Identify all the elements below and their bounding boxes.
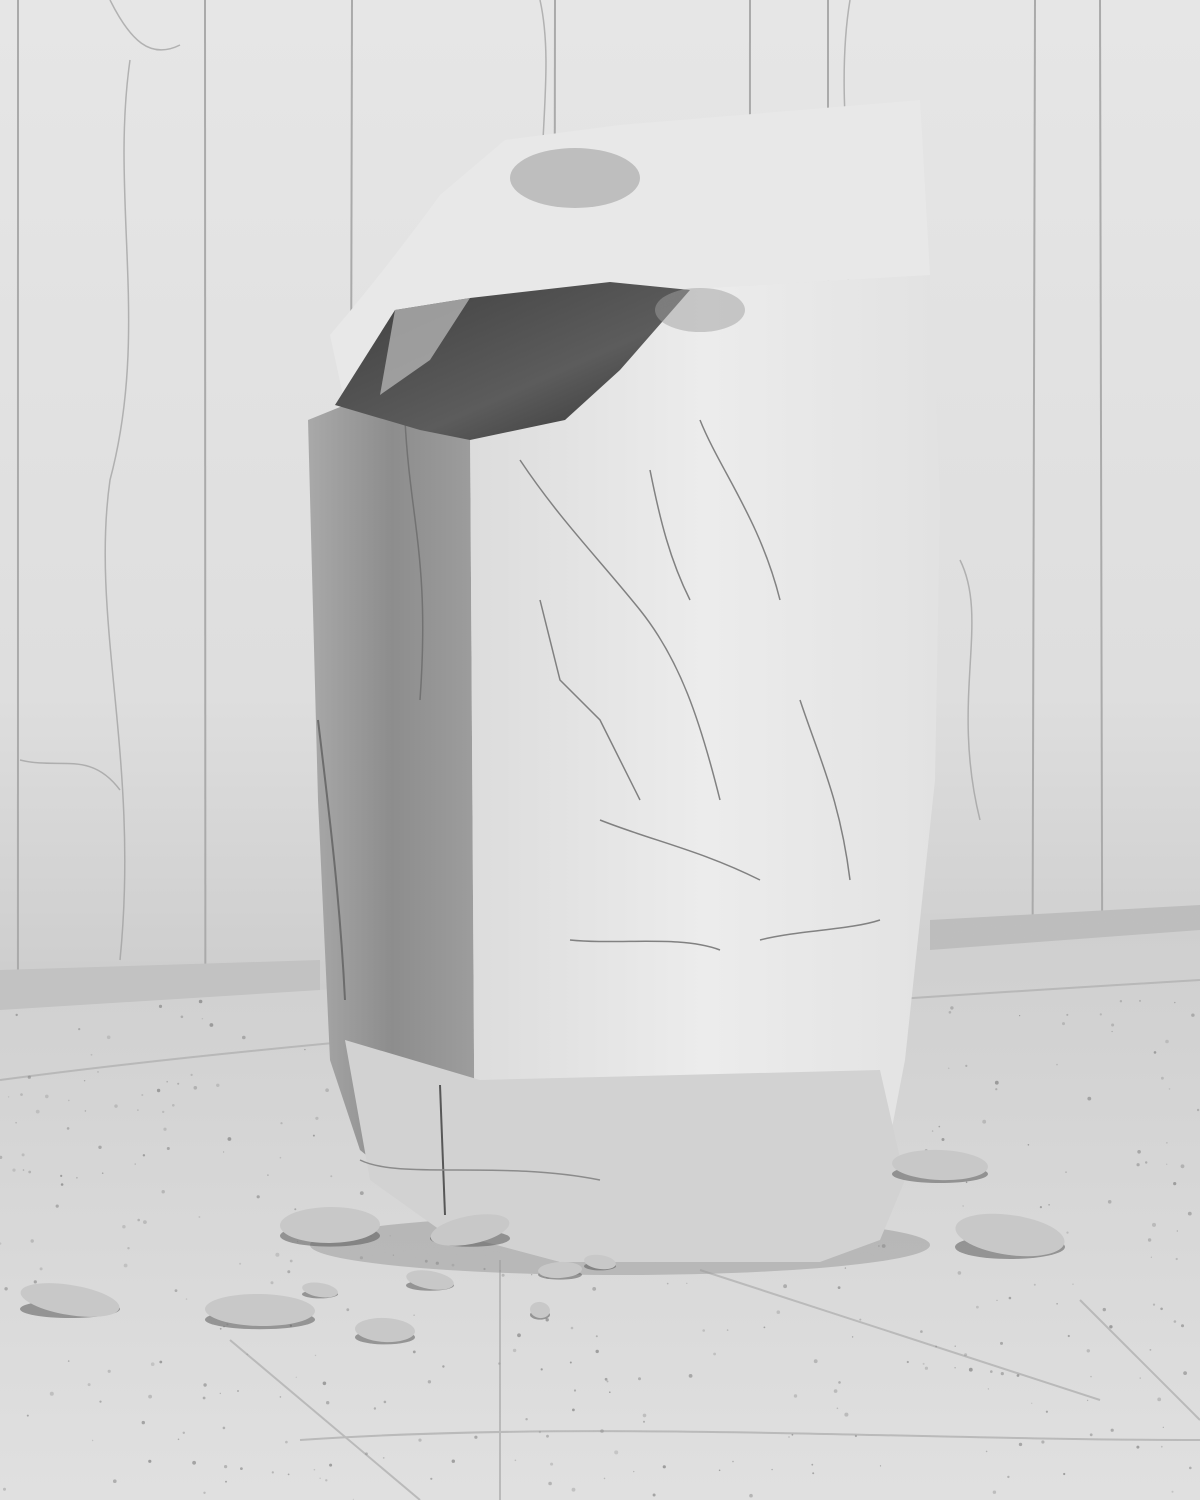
quarry-photograph xyxy=(0,0,1200,1500)
quarry-scene xyxy=(0,0,1200,1500)
